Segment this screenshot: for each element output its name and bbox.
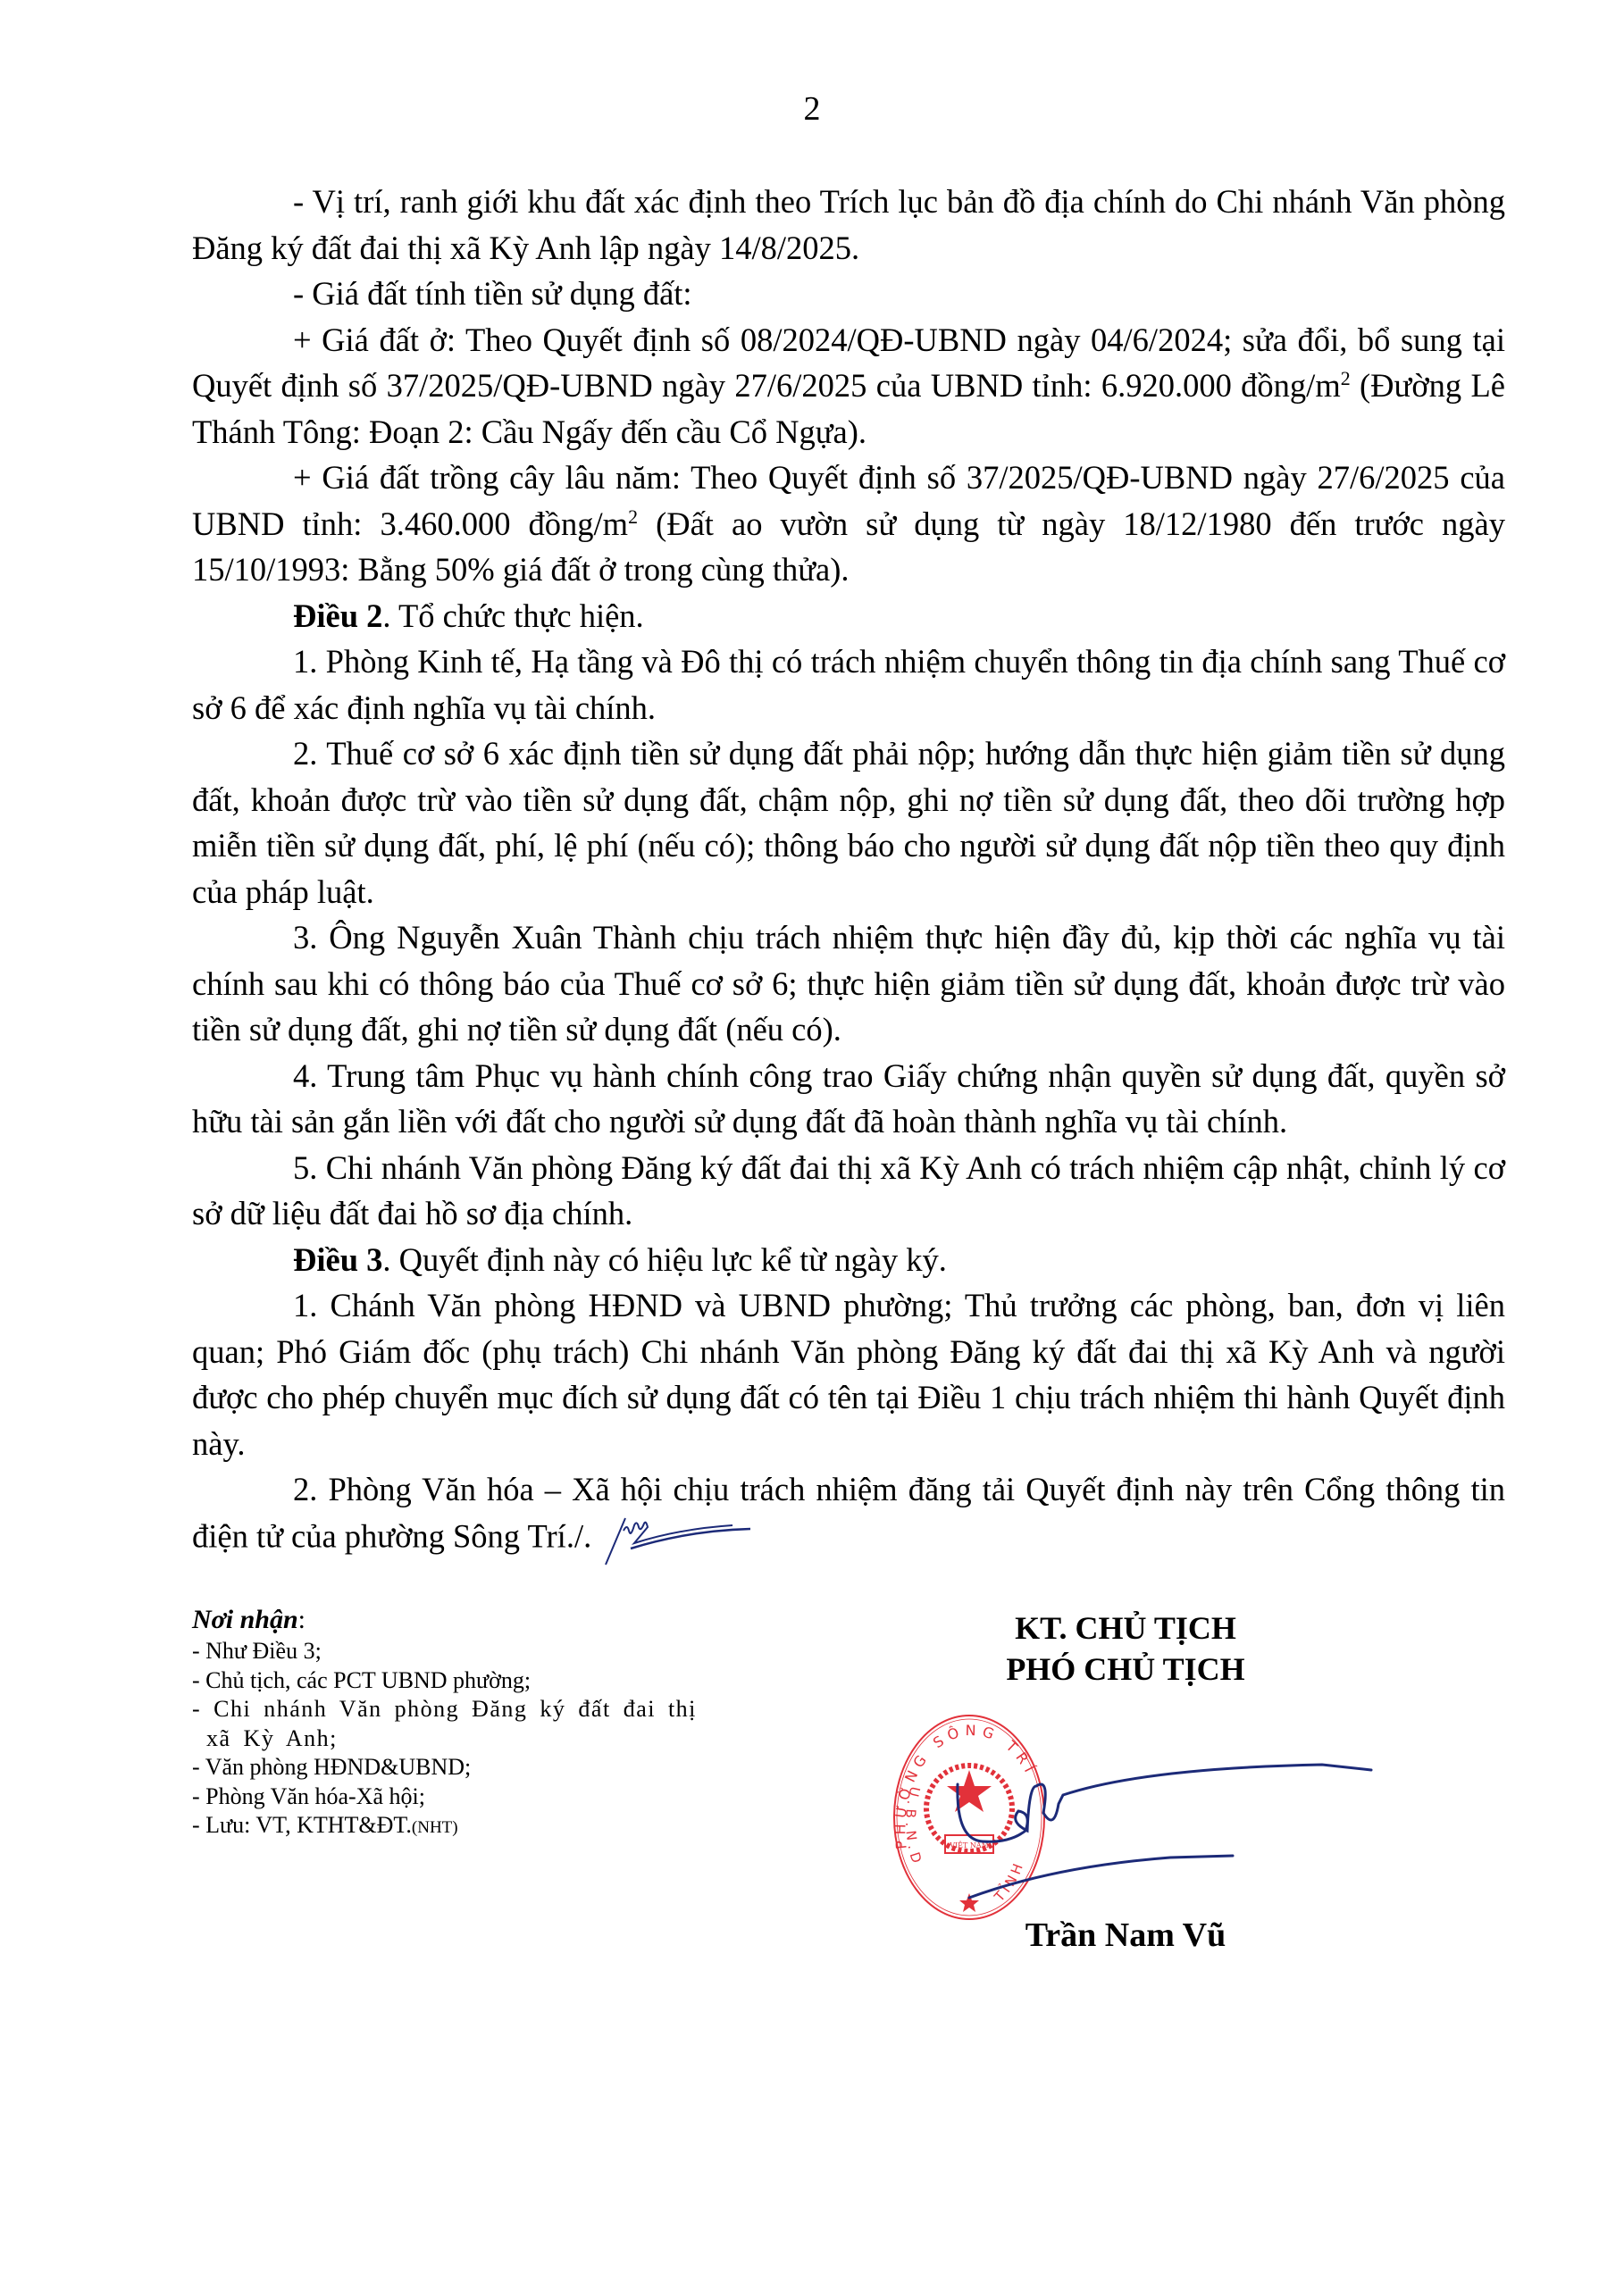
paragraph-residential-land-price: + Giá đất ở: Theo Quyết định số 08/2024/…: [192, 317, 1505, 455]
paragraph-location: - Vị trí, ranh giới khu đất xác định the…: [192, 179, 1505, 271]
page-number: 2: [0, 89, 1624, 129]
recipient-item: - Văn phòng HĐND&UBND;: [192, 1753, 728, 1783]
article-3-label: Điều 3: [293, 1241, 382, 1278]
official-seal-icon: PHƯỜNG SÔNG TRÍ U.B.N.D TỈNH VIỆT NAM: [892, 1716, 1044, 1919]
article-3-heading: Điều 3. Quyết định này có hiệu lực kể từ…: [192, 1237, 1505, 1283]
initial-signature-icon: [599, 1513, 759, 1566]
article-3-item-1: 1. Chánh Văn phòng HĐND và UBND phường; …: [192, 1282, 1505, 1466]
signature-title-line1: KT. CHỦ TỊCH: [875, 1607, 1376, 1649]
signature-block: KT. CHỦ TỊCH PHÓ CHỦ TỊCH PHƯỜNG SÔNG TR…: [875, 1607, 1376, 1690]
recipients-heading: Nơi nhận:: [192, 1603, 728, 1637]
recipient-item: - Chi nhánh Văn phòng Đăng ký đất đai th…: [192, 1695, 728, 1753]
recipients-block: Nơi nhận: - Như Điều 3; - Chủ tịch, các …: [192, 1603, 728, 1843]
article-2-item-5: 5. Chi nhánh Văn phòng Đăng ký đất đai t…: [192, 1145, 1505, 1237]
article-2-label: Điều 2: [293, 597, 382, 634]
article-2-heading: Điều 2. Tổ chức thực hiện.: [192, 593, 1505, 639]
article-2-item-1: 1. Phòng Kinh tế, Hạ tầng và Đô thị có t…: [192, 639, 1505, 731]
recipient-item: - Chủ tịch, các PCT UBND phường;: [192, 1666, 728, 1696]
signer-name: Trần Nam Vũ: [875, 1916, 1376, 1955]
paragraph-perennial-land-price: + Giá đất trồng cây lâu năm: Theo Quyết …: [192, 455, 1505, 593]
document-body: - Vị trí, ranh giới khu đất xác định the…: [192, 179, 1505, 1566]
article-2-item-3: 3. Ông Nguyễn Xuân Thành chịu trách nhiệ…: [192, 914, 1505, 1053]
article-2-item-2: 2. Thuế cơ sở 6 xác định tiền sử dụng đấ…: [192, 731, 1505, 914]
svg-text:U.B.N.D: U.B.N.D: [902, 1785, 926, 1869]
article-3-item-2: 2. Phòng Văn hóa – Xã hội chịu trách nhi…: [192, 1466, 1505, 1566]
recipient-item: - Lưu: VT, KTHT&ĐT.(NHT): [192, 1811, 728, 1843]
official-seal-and-signature: PHƯỜNG SÔNG TRÍ U.B.N.D TỈNH VIỆT NAM: [875, 1679, 1624, 1947]
recipient-item: - Như Điều 3;: [192, 1637, 728, 1666]
paragraph-land-price-heading: - Giá đất tính tiền sử dụng đất:: [192, 271, 1505, 317]
recipient-item: - Phòng Văn hóa-Xã hội;: [192, 1783, 728, 1812]
article-2-item-4: 4. Trung tâm Phục vụ hành chính công tra…: [192, 1053, 1505, 1145]
